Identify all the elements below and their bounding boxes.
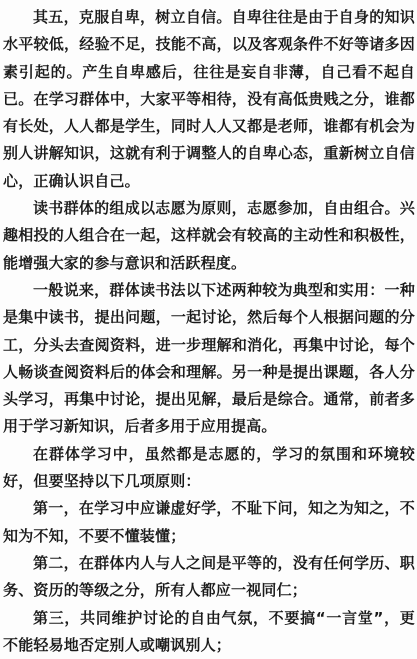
text-line: 素引起的。产生自卑感后，往往是妄自非薄，自己看不起自 [3, 59, 415, 86]
text-line: 第三，共同维护讨论的自由气氛，不要搞“一言堂”，更 [3, 605, 415, 632]
book-page: 其五，克服自卑，树立自信。自卑往往是由于自身的知识水平较低，经验不足，技能不高，… [0, 0, 417, 659]
text-line: 心，正确认识自己。 [3, 168, 415, 195]
text-line: 能增强大家的参与意识和活跃程度。 [3, 250, 415, 277]
text-line: 在群体学习中，虽然都是志愿的，学习的氛围和环境较 [3, 441, 415, 468]
page-text: 其五，克服自卑，树立自信。自卑往往是由于自身的知识水平较低，经验不足，技能不高，… [3, 4, 415, 659]
text-line: 不能轻易地否定别人或嘲讽别人； [3, 632, 415, 659]
text-line: 读书群体的组成以志愿为原则，志愿参加，自由组合。兴 [3, 195, 415, 222]
text-line: 知为不知，不要不懂装懂； [3, 523, 415, 550]
text-line: 第一，在学习中应谦虚好学，不耻下问，知之为知之，不 [3, 495, 415, 522]
text-line: 人畅谈查阅资料后的体会和理解。另一种是提出课题，各人分 [3, 359, 415, 386]
text-line: 用于学习新知识，后者多用于应用提高。 [3, 413, 415, 440]
text-line: 是集中读书，提出问题，一起讨论，然后每个人根据问题的分 [3, 304, 415, 331]
text-line: 水平较低，经验不足，技能不高，以及客观条件不好等诸多因 [3, 31, 415, 58]
text-line: 有长处，人人都是学生，同时人人又都是老师，谁都有机会为 [3, 113, 415, 140]
text-line: 一般说来，群体读书法以下述两种较为典型和实用：一种 [3, 277, 415, 304]
text-line: 别人讲解知识，这就有利于调整人的自卑心态，重新树立自信 [3, 140, 415, 167]
text-line: 好，但要坚持以下几项原则： [3, 468, 415, 495]
text-line: 趣相投的人组合在一起，这样就会有较高的主动性和积极性， [3, 222, 415, 249]
text-line: 已。在学习群体中，大家平等相待，没有高低贵贱之分，谁都 [3, 86, 415, 113]
text-line: 务、资历的等级之分，所有人都应一视同仁； [3, 577, 415, 604]
text-line: 第二，在群体内人与人之间是平等的，没有任何学历、职 [3, 550, 415, 577]
text-line: 工，分头去查阅资料，进一步理解和消化，再集中讨论，每个 [3, 332, 415, 359]
text-line: 其五，克服自卑，树立自信。自卑往往是由于自身的知识 [3, 4, 415, 31]
text-line: 头学习，再集中讨论，提出见解，最后是综合。通常，前者多 [3, 386, 415, 413]
